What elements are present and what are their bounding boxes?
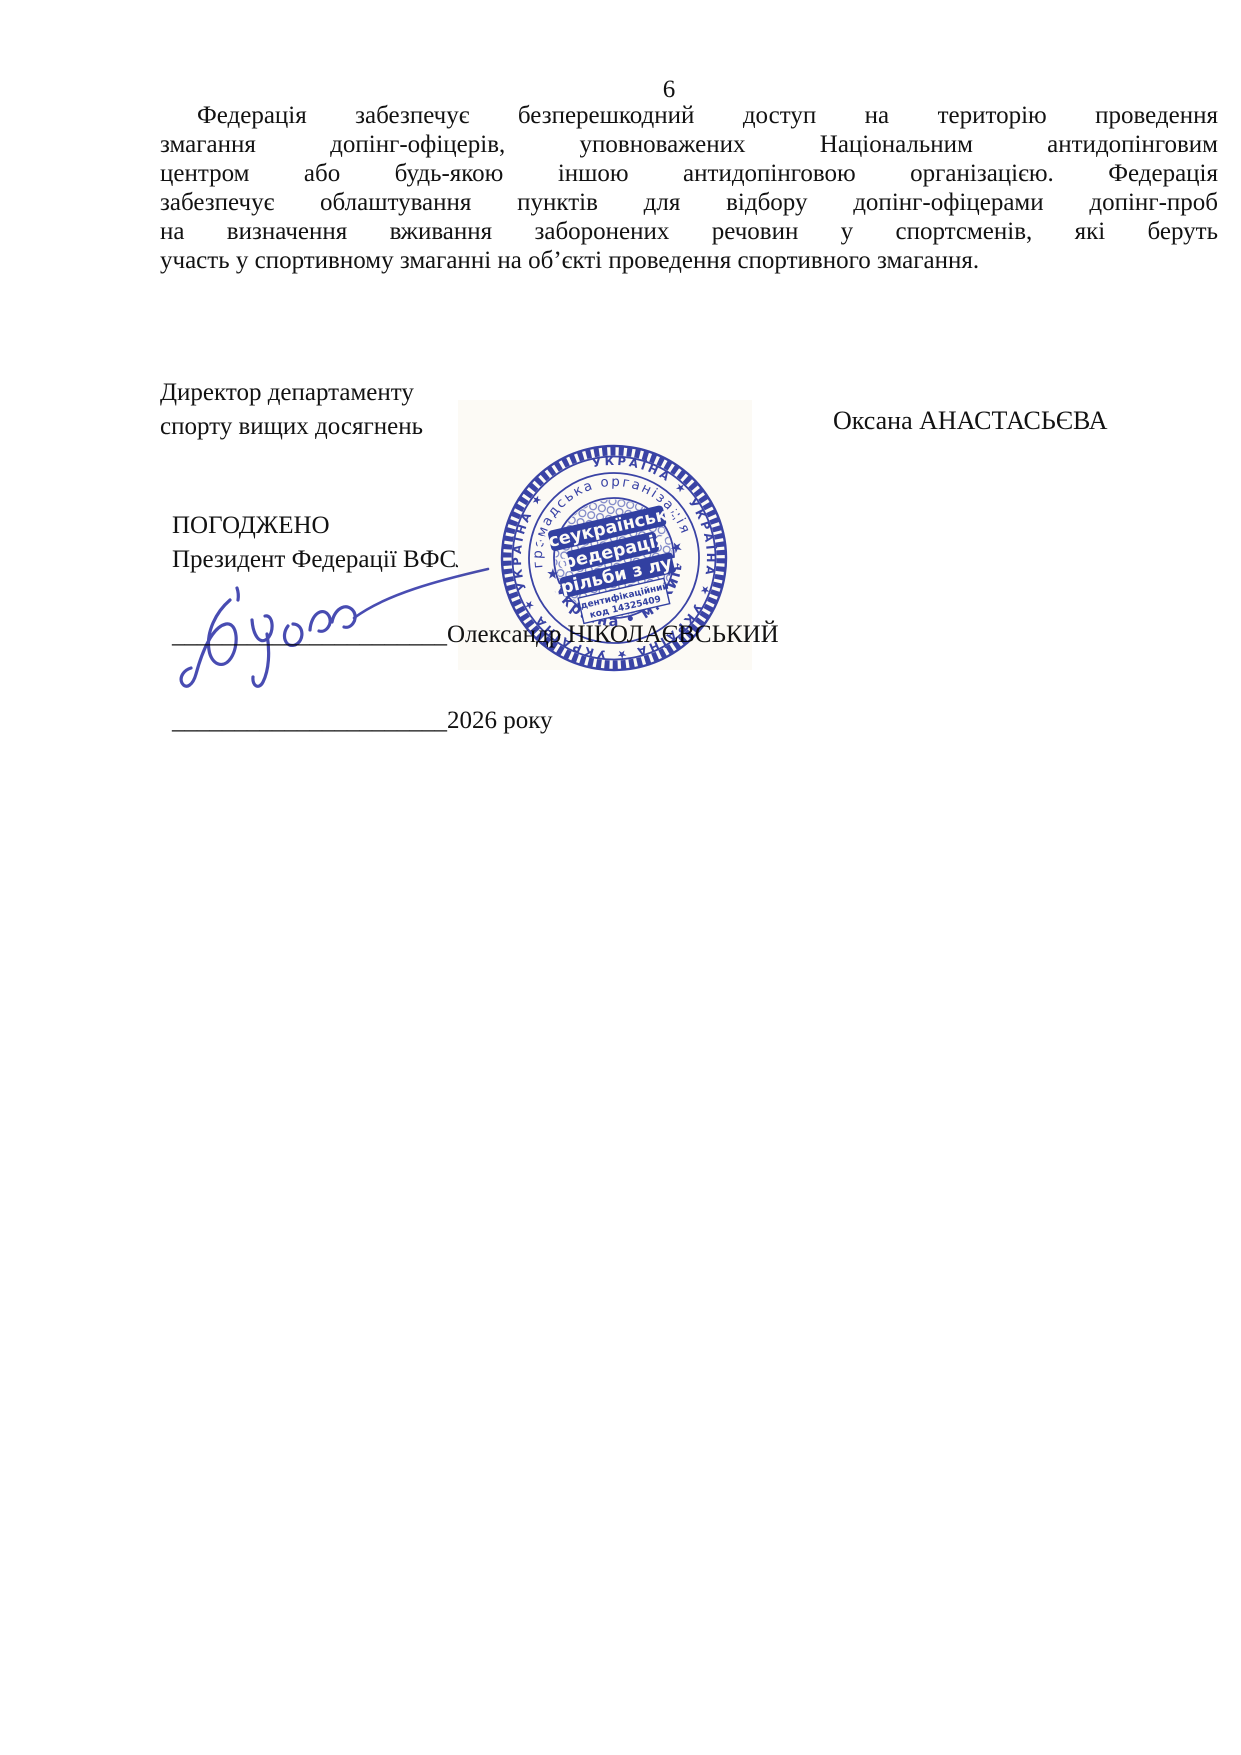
paragraph-line: на визначення вживання заборонених речов… xyxy=(160,217,1218,246)
director-title-line2: спорту вищих досягнень xyxy=(160,412,423,441)
paragraph-line: Федерація забезпечує безперешкодний дост… xyxy=(160,101,1218,130)
paragraph-line: забезпечує облаштування пунктів для відб… xyxy=(160,188,1218,217)
date-year-text: 2026 року xyxy=(447,707,553,734)
signature-scribble xyxy=(140,500,520,700)
date-blank-line: ______________________ xyxy=(172,707,447,734)
body-paragraph: Федерація забезпечує безперешкодний дост… xyxy=(160,101,1218,275)
document-page: { "doc": { "page_number": "6", "paragrap… xyxy=(0,0,1241,1755)
date-line: ______________________2026 року xyxy=(172,706,553,735)
paragraph-line: участь у спортивному змаганні на об’єкті… xyxy=(160,246,1218,275)
signature-stroke xyxy=(284,624,301,645)
signature-stroke xyxy=(354,569,488,618)
page-number: 6 xyxy=(140,76,1198,104)
paragraph-line: змагання допінг-офіцерів, уповноважених … xyxy=(160,130,1218,159)
director-title-line1: Директор департаменту xyxy=(160,378,414,407)
signature-stroke xyxy=(332,607,355,627)
director-name: Оксана АНАСТАСЬЄВА xyxy=(833,406,1107,435)
paragraph-line: центром або будь-якою іншою антидопінгов… xyxy=(160,159,1218,188)
signature-stroke xyxy=(181,600,236,686)
signature-stroke xyxy=(237,588,238,600)
signature-stroke xyxy=(310,612,330,632)
